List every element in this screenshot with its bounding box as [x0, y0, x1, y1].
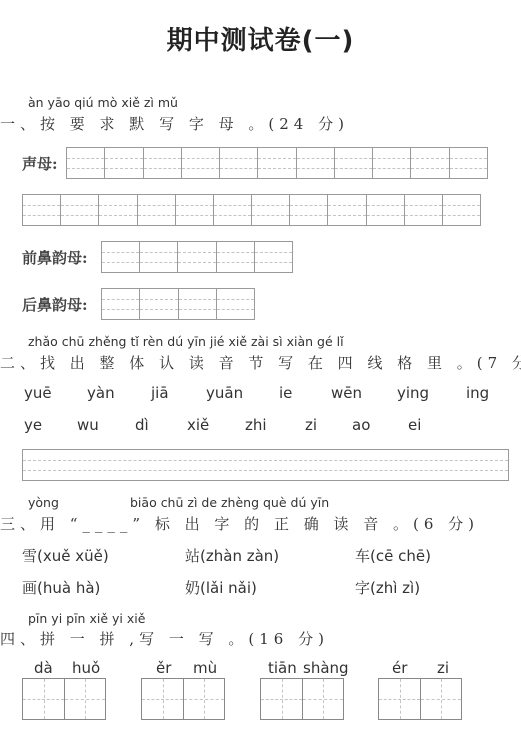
syllable: ao — [352, 416, 370, 434]
item-char: 雪 — [22, 547, 37, 565]
tianzige-er-mu[interactable] — [141, 678, 225, 720]
word-pinyin: tiān — [268, 659, 297, 677]
item-char: 画 — [22, 579, 37, 597]
section-3-pinyin-yong: yòng — [28, 495, 59, 510]
syllable: wēn — [331, 384, 362, 402]
page-title: 期中测试卷(一) — [0, 20, 521, 57]
section-3-pinyin: biāo chū zì de zhèng què dú yīn — [130, 495, 329, 510]
reading-item-zhan[interactable]: 站(zhàn zàn) — [185, 545, 279, 566]
syllable: dì — [135, 416, 149, 434]
reading-item-xue[interactable]: 雪(xuě xüě) — [22, 545, 109, 566]
shengmu-label: 声母: — [22, 153, 58, 174]
syllable: zi — [305, 416, 317, 434]
section-2-pinyin: zhǎo chū zhěng tǐ rèn dú yīn jié xiě zài… — [28, 334, 344, 349]
reading-item-zi[interactable]: 字(zhì zì) — [355, 577, 420, 598]
item-options[interactable]: (xuě xüě) — [37, 547, 109, 565]
syllable: ing — [466, 384, 489, 402]
item-char: 车 — [355, 547, 370, 565]
syllable: jiā — [151, 384, 169, 402]
syllable: ye — [24, 416, 42, 434]
qianbi-yunmu-grid[interactable] — [101, 241, 293, 273]
section-3-heading: 三、用 “____” 标 出 字 的 正 确 读 音 。(6 分) — [0, 513, 479, 534]
syllable: yuān — [206, 384, 243, 402]
reading-item-nai[interactable]: 奶(lǎi nǎi) — [185, 577, 257, 598]
four-line-writing-grid[interactable] — [22, 449, 509, 481]
item-char: 字 — [355, 579, 370, 597]
houbi-yunmu-grid[interactable] — [101, 288, 255, 320]
item-char: 奶 — [185, 579, 200, 597]
section-4-pinyin: pīn yi pīn xiě yi xiě — [28, 611, 145, 626]
syllable: xiě — [187, 416, 209, 434]
word-pinyin: mù — [193, 659, 217, 677]
syllable: wu — [77, 416, 99, 434]
item-options[interactable]: (cē chē) — [370, 547, 431, 565]
word-pinyin: ér — [392, 659, 407, 677]
item-options[interactable]: (zhàn zàn) — [200, 547, 279, 565]
word-pinyin: ěr — [156, 659, 171, 677]
word-pinyin: zi — [437, 659, 449, 677]
syllable: yuē — [24, 384, 52, 402]
word-pinyin: dà — [34, 659, 53, 677]
section-1-heading: 一、按 要 求 默 写 字 母 。(24 分) — [0, 113, 349, 134]
tianzige-tian-shang[interactable] — [260, 678, 344, 720]
syllable: yàn — [87, 384, 115, 402]
word-pinyin: shàng — [303, 659, 349, 677]
word-pinyin: huǒ — [72, 659, 100, 677]
reading-item-che[interactable]: 车(cē chē) — [355, 545, 431, 566]
item-char: 站 — [185, 547, 200, 565]
section-2-heading: 二、找 出 整 体 认 读 音 节 写 在 四 线 格 里 。(7 分) — [0, 352, 521, 373]
shengmu-grid-row-1[interactable] — [66, 147, 488, 179]
item-options[interactable]: (huà hà) — [37, 579, 100, 597]
qianbi-yunmu-label: 前鼻韵母: — [22, 247, 88, 268]
syllable: zhi — [245, 416, 267, 434]
syllable: ying — [397, 384, 429, 402]
reading-item-hua[interactable]: 画(huà hà) — [22, 577, 100, 598]
syllable: ie — [279, 384, 292, 402]
item-options[interactable]: (lǎi nǎi) — [200, 579, 257, 597]
section-4-heading: 四、拼 一 拼 ,写 一 写 。(16 分) — [0, 628, 329, 649]
houbi-yunmu-label: 后鼻韵母: — [22, 294, 88, 315]
syllable: ei — [408, 416, 421, 434]
item-options[interactable]: (zhì zì) — [370, 579, 420, 597]
tianzige-er-zi[interactable] — [378, 678, 462, 720]
shengmu-grid-row-2[interactable] — [22, 194, 481, 226]
tianzige-da-huo[interactable] — [22, 678, 106, 720]
section-1-pinyin: àn yāo qiú mò xiě zì mǔ — [28, 95, 178, 110]
